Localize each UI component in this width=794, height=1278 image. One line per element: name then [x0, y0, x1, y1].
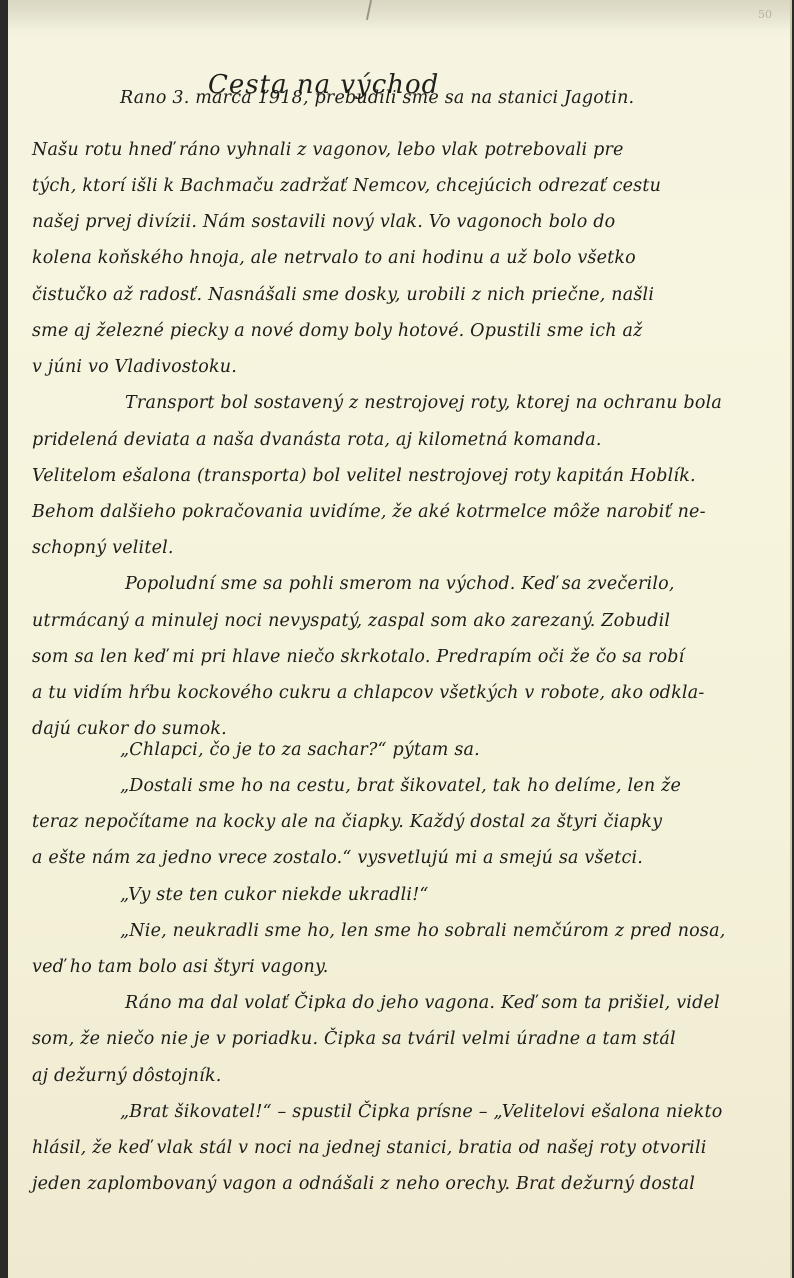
text-line: kolena koňského hnoja, ale netrvalo to a…	[32, 248, 636, 268]
text-line: dajú cukor do sumok.	[32, 719, 227, 739]
text-line: jeden zaplombovaný vagon a odnášali z ne…	[32, 1174, 695, 1194]
text-line: schopný velitel.	[32, 538, 174, 558]
text-line: hlásil, že keď vlak stál v noci na jedne…	[32, 1138, 707, 1158]
text-line: sme aj železné piecky a nové domy boly h…	[32, 321, 643, 341]
text-line: Transport bol sostavený z nestrojovej ro…	[125, 393, 722, 413]
text-line: pridelená deviata a naša dvanásta rota, …	[32, 430, 602, 450]
text-line: Popoludní sme sa pohli smerom na východ.…	[125, 574, 675, 594]
text-line: Behom dalšieho pokračovania uvidíme, že …	[32, 502, 706, 522]
text-line: „Vy ste ten cukor niekde ukradli!“	[120, 885, 429, 905]
text-line: Rano 3. marca 1918, prebudili sme sa na …	[120, 88, 634, 108]
text-line: teraz nepočítame na kocky ale na čiapky.…	[32, 812, 662, 832]
text-line: Ráno ma dal volať Čipka do jeho vagona. …	[125, 993, 720, 1013]
text-line: veď ho tam bolo asi štyri vagony.	[32, 957, 329, 977]
text-line: v júni vo Vladivostoku.	[32, 357, 237, 377]
text-line: „Chlapci, čo je to za sachar?“ pýtam sa.	[120, 740, 480, 760]
text-line: „Nie, neukradli sme ho, len sme ho sobra…	[120, 921, 725, 941]
paper-fold-mark	[366, 0, 372, 20]
text-line: našej prvej divízii. Nám sostavili nový …	[32, 212, 615, 232]
text-line: utrmácaný a minulej noci nevyspatý, zasp…	[32, 611, 670, 631]
text-line: „Brat šikovatel!“ – spustil Čipka prísne…	[120, 1102, 723, 1122]
text-line: čistučko až radosť. Nasnášali sme dosky,…	[32, 285, 654, 305]
text-line: a ešte nám za jedno vrece zostalo.“ vysv…	[32, 848, 643, 868]
text-line: som sa len keď mi pri hlave niečo skrkot…	[32, 647, 684, 667]
manuscript-page: 50 Cesta na východ Rano 3. marca 1918, p…	[8, 0, 792, 1278]
text-line: a tu vidím hŕbu kockového cukru a chlapc…	[32, 683, 704, 703]
page-number: 50	[758, 8, 772, 21]
text-line: tých, ktorí išli k Bachmaču zadržať Nemc…	[32, 176, 661, 196]
text-line: som, že niečo nie je v poriadku. Čipka s…	[32, 1029, 676, 1049]
text-line: Velitelom ešalona (transporta) bol velit…	[32, 466, 696, 486]
text-line: aj dežurný dôstojník.	[32, 1066, 222, 1086]
text-line: Našu rotu hneď ráno vyhnali z vagonov, l…	[32, 140, 624, 160]
text-line: „Dostali sme ho na cestu, brat šikovatel…	[120, 776, 681, 796]
